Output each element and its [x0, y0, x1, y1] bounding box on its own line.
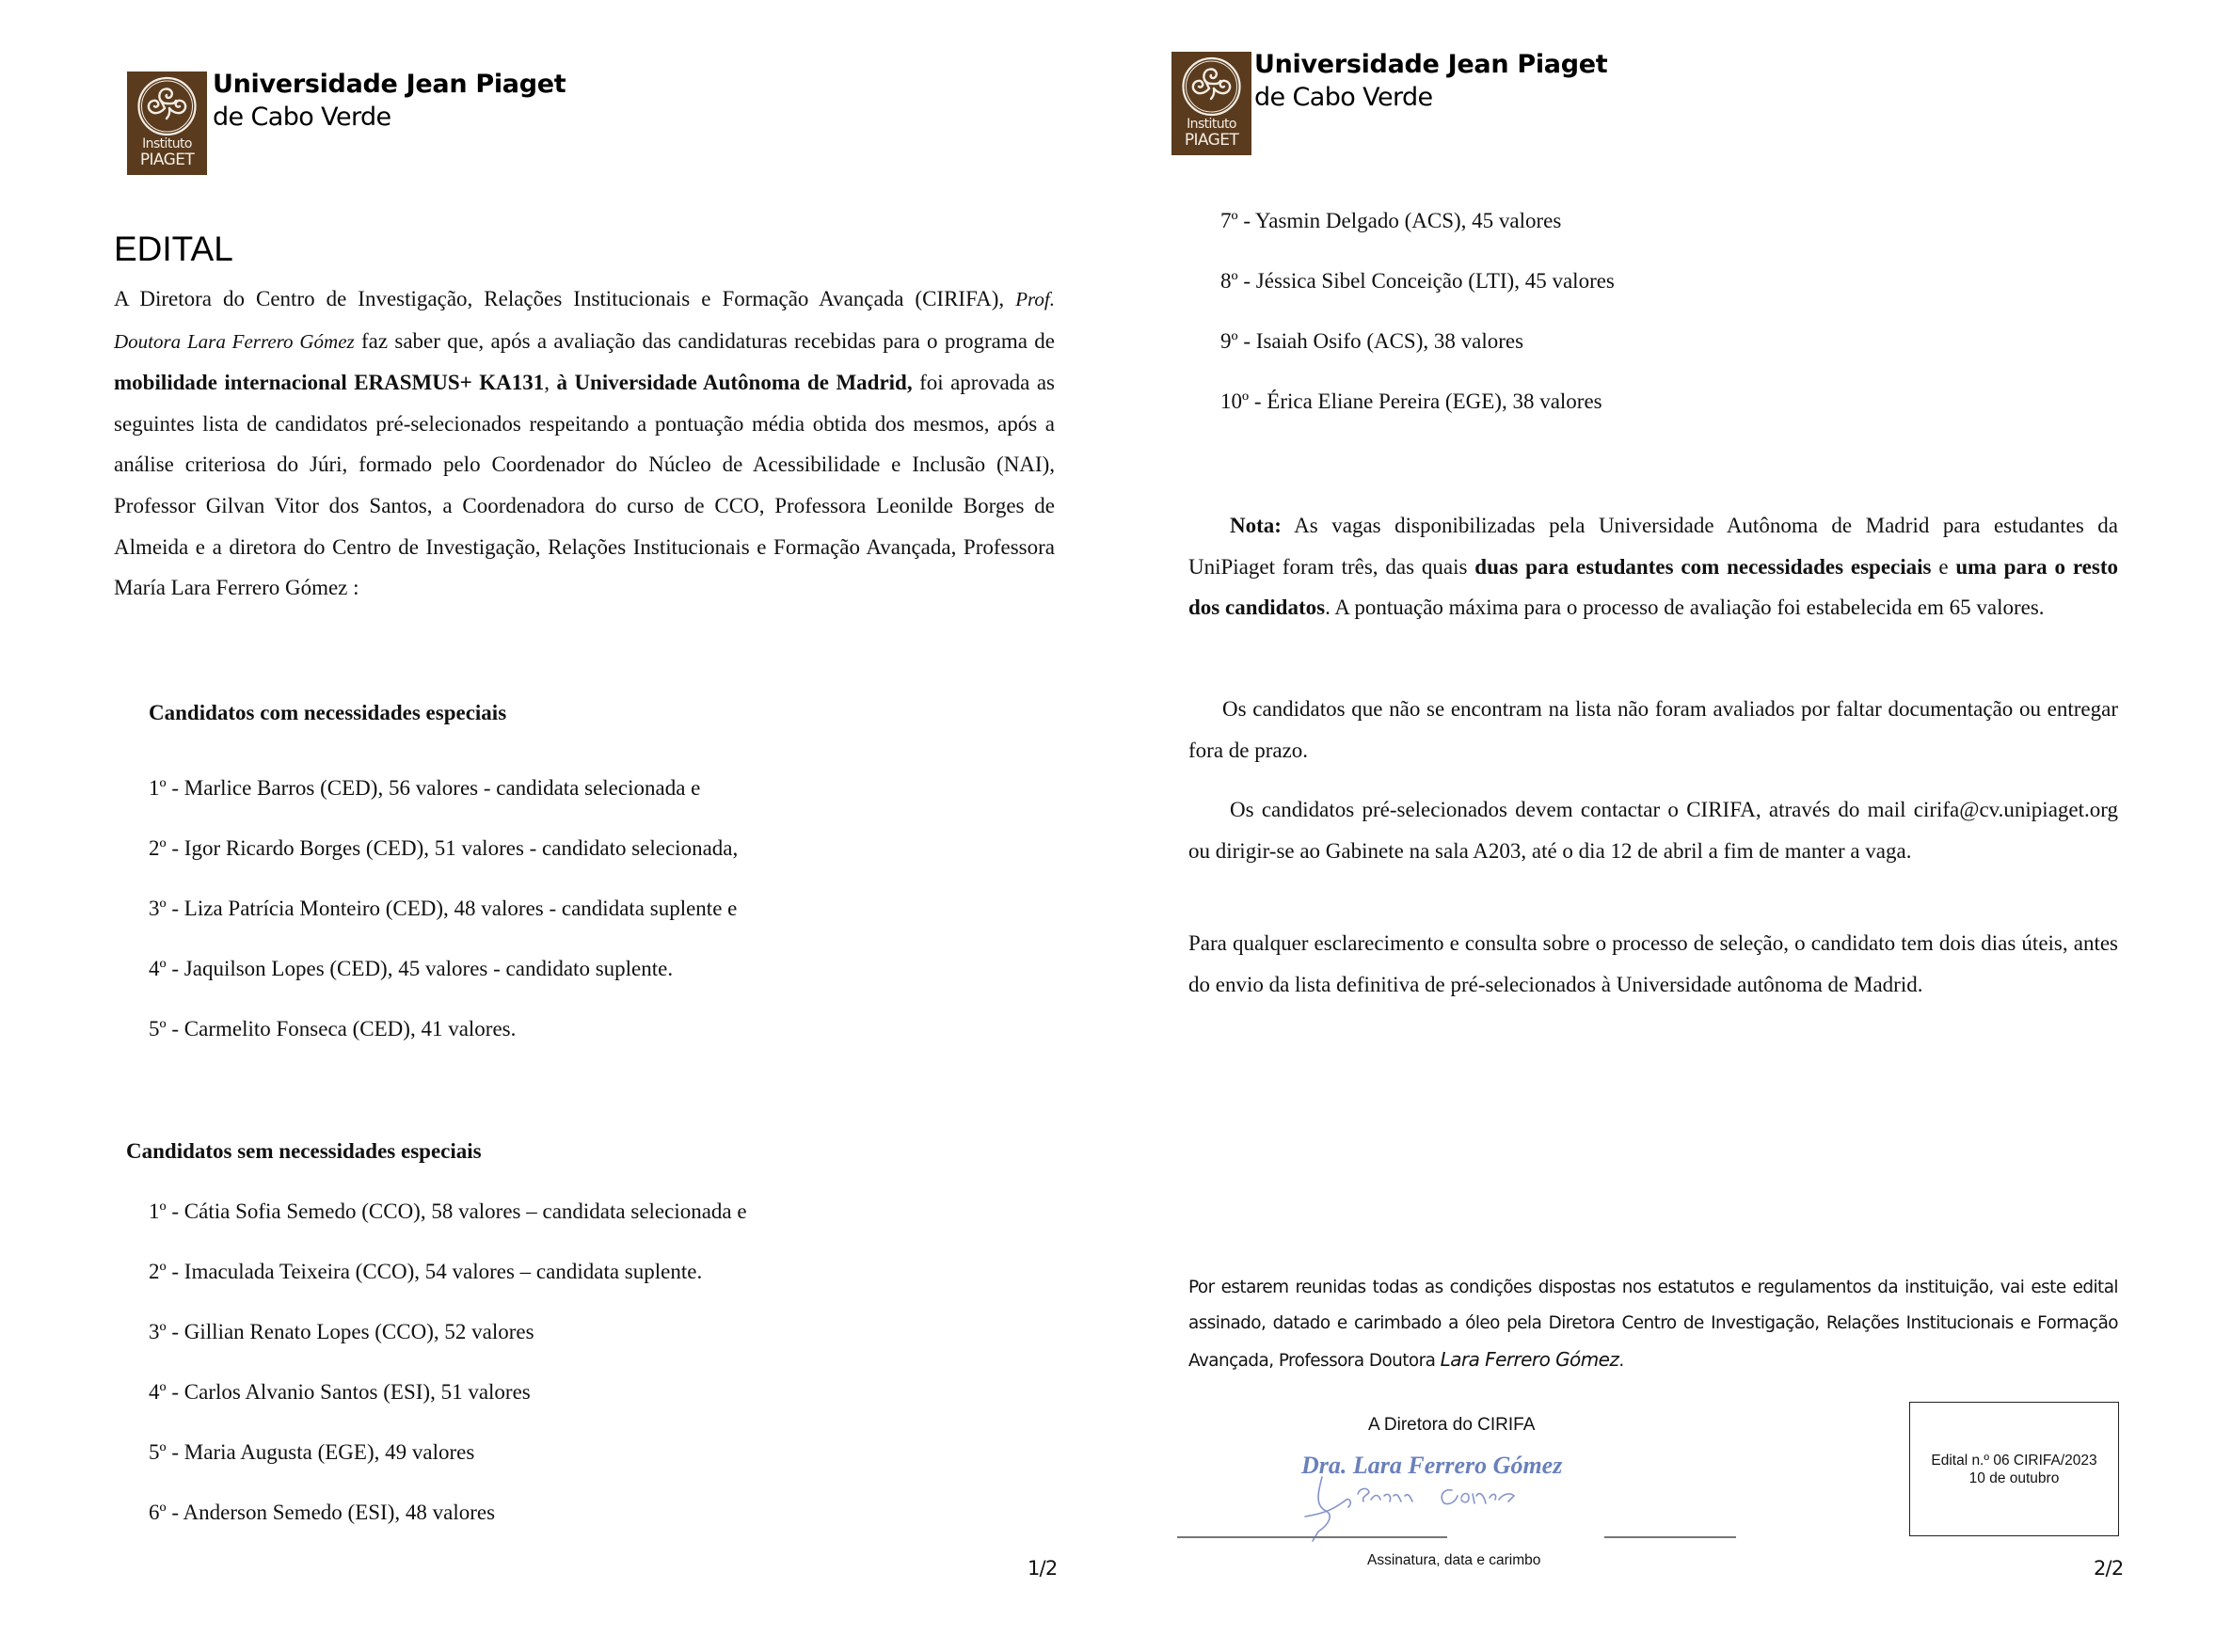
- university-name: Universidade Jean Piaget: [213, 68, 566, 101]
- note-label: Nota:: [1230, 514, 1282, 537]
- list-item: 3º - Liza Patrícia Monteiro (CED), 48 va…: [149, 897, 737, 921]
- instituto-piaget-logo-icon: Instituto PIAGET: [127, 71, 207, 175]
- program-name: mobilidade internacional ERASMUS+ KA131: [114, 371, 544, 394]
- closing-paragraph: Por estarem reunidas todas as condições …: [1188, 1270, 2118, 1379]
- list-item: 6º - Anderson Semedo (ESI), 48 valores: [149, 1501, 495, 1525]
- list-item: 8º - Jéssica Sibel Conceição (LTI), 45 v…: [1220, 269, 1615, 294]
- svg-text:Dra. Lara Ferrero Gómez: Dra. Lara Ferrero Gómez: [1301, 1452, 1563, 1479]
- document-title: EDITAL: [114, 230, 233, 269]
- not-evaluated-paragraph: Os candidatos que não se encontram na li…: [1188, 689, 2118, 770]
- page-number: 1/2: [1028, 1557, 1057, 1580]
- special-needs-heading: Candidatos com necessidades especiais: [149, 701, 506, 725]
- page-number: 2/2: [2094, 1557, 2123, 1580]
- university-location: de Cabo Verde: [1254, 81, 1607, 114]
- list-item: 10º - Érica Eliane Pereira (EGE), 38 val…: [1220, 389, 1602, 414]
- university-header: Universidade Jean Piaget de Cabo Verde: [213, 68, 566, 134]
- logo-text-piaget: PIAGET: [1171, 133, 1251, 149]
- list-item: 5º - Carmelito Fonseca (CED), 41 valores…: [149, 1017, 516, 1041]
- list-item: 2º - Igor Ricardo Borges (CED), 51 valor…: [149, 836, 738, 861]
- list-item: 3º - Gillian Renato Lopes (CCO), 52 valo…: [149, 1320, 534, 1344]
- edital-date: 10 de outubro: [1969, 1469, 2060, 1487]
- list-item: 5º - Maria Augusta (EGE), 49 valores: [149, 1440, 474, 1465]
- logo-text-instituto: Instituto: [127, 137, 207, 151]
- document-page-1: Instituto PIAGET Universidade Jean Piage…: [0, 0, 1115, 1652]
- triskelion-icon: [1177, 56, 1246, 118]
- no-special-needs-heading: Candidatos sem necessidades especiais: [126, 1139, 482, 1164]
- triskelion-icon: [133, 75, 201, 137]
- logo-text-piaget: PIAGET: [127, 152, 207, 168]
- list-item: 4º - Carlos Alvanio Santos (ESI), 51 val…: [149, 1380, 531, 1405]
- intro-paragraph: A Diretora do Centro de Investigação, Re…: [114, 278, 1055, 609]
- university-location: de Cabo Verde: [213, 101, 566, 134]
- signature-line-right: [1604, 1536, 1736, 1538]
- director-signature-name: Lara Ferrero Gómez: [1441, 1348, 1619, 1371]
- university-name: Universidade Jean Piaget: [1254, 48, 1607, 81]
- list-item: 2º - Imaculada Teixeira (CCO), 54 valore…: [149, 1260, 702, 1284]
- clarification-paragraph: Para qualquer esclarecimento e consulta …: [1188, 923, 2118, 1005]
- edital-stamp-box: Edital n.º 06 CIRIFA/2023 10 de outubro: [1909, 1402, 2119, 1536]
- list-item: 4º - Jaquilson Lopes (CED), 45 valores -…: [149, 957, 673, 981]
- university-header: Universidade Jean Piaget de Cabo Verde: [1254, 48, 1607, 114]
- signature-label: Assinatura, data e carimbo: [1367, 1552, 1540, 1569]
- list-item: 1º - Cátia Sofia Semedo (CCO), 58 valore…: [149, 1199, 747, 1224]
- signature-line: [1177, 1536, 1447, 1538]
- host-university: à Universidade Autônoma de Madrid,: [556, 371, 912, 394]
- note-paragraph: Nota: As vagas disponibilizadas pela Uni…: [1188, 505, 2118, 628]
- handwritten-signature: Dra. Lara Ferrero Gómez: [1301, 1449, 1621, 1548]
- logo-text-instituto: Instituto: [1171, 118, 1251, 131]
- signature-title: A Diretora do CIRIFA: [1368, 1415, 1535, 1436]
- list-item: 7º - Yasmin Delgado (ACS), 45 valores: [1220, 209, 1561, 233]
- signature-icon: Dra. Lara Ferrero Gómez: [1301, 1449, 1621, 1548]
- instituto-piaget-logo-icon: Instituto PIAGET: [1171, 52, 1251, 155]
- list-item: 9º - Isaiah Osifo (ACS), 38 valores: [1220, 329, 1523, 354]
- contact-paragraph: Os candidatos pré-selecionados devem con…: [1188, 789, 2118, 871]
- edital-number: Edital n.º 06 CIRIFA/2023: [1931, 1452, 2096, 1469]
- list-item: 1º - Marlice Barros (CED), 56 valores - …: [149, 776, 700, 801]
